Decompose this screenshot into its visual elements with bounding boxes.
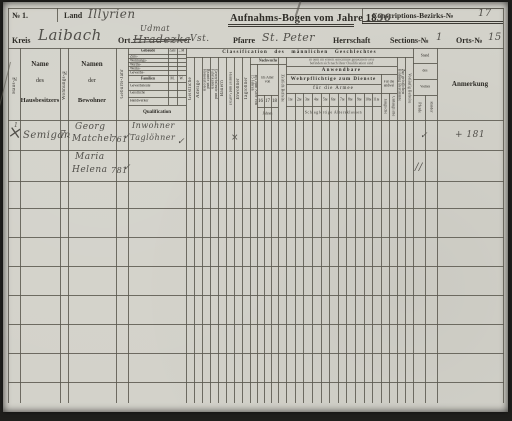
row1-person-firstname: Georg <box>75 122 106 132</box>
landwehr-title: Für die Landwehr <box>384 78 394 90</box>
im-alter-von-cell: Im Alter von <box>261 70 274 89</box>
rule <box>234 57 235 403</box>
rule <box>437 48 438 403</box>
owner-col-title-1: Name <box>20 58 60 70</box>
rule <box>278 57 279 403</box>
rule <box>8 324 504 325</box>
form-title-year-handwritten: 30 <box>377 13 392 24</box>
familien-w-label: W. <box>179 76 185 80</box>
col-haus-no-label: Haus-№ <box>12 75 17 94</box>
category-col: Inwohner <box>234 57 242 120</box>
rule <box>364 93 365 403</box>
rule <box>8 48 504 49</box>
rule <box>8 208 504 209</box>
anwendbare-title: Anwendbare <box>286 66 397 74</box>
rule <box>128 90 186 91</box>
vieh-col-rinder: Rinder <box>425 95 437 120</box>
rule <box>8 382 504 383</box>
category-col: Adelige <box>194 57 202 120</box>
category-col: Häusler und Gärtler <box>226 57 234 120</box>
category-label: Adelige <box>196 80 201 98</box>
familien-row-1: Gewerbsleute <box>130 84 150 88</box>
nachwuchs-side-label: Bis zum Alter von 15 Jahren <box>250 75 257 110</box>
rule <box>372 93 373 403</box>
rule <box>355 93 356 403</box>
rule <box>286 74 397 75</box>
rule <box>250 57 251 403</box>
row2-person-firstname: Maria <box>75 152 105 162</box>
vorlaeufig-befreite-col: Vorläufig Befreite <box>405 57 413 120</box>
vieh-col-label: Pferde <box>417 102 421 113</box>
rule <box>8 120 504 121</box>
rule <box>128 48 129 403</box>
rule <box>68 48 69 403</box>
bewohner-col-title-3: Bewohner <box>68 94 116 106</box>
rule <box>242 57 243 403</box>
row1-category-mark: × <box>231 133 239 143</box>
category-label: Geistliche <box>188 77 193 100</box>
sections-label: Sections-№ <box>390 36 429 45</box>
age-class: 2te <box>296 95 301 103</box>
rule <box>186 48 187 403</box>
category-col: Gewerbsleute und Fabrikanten <box>210 57 218 120</box>
owner-col-title-3: Hausbesitzers <box>20 94 60 106</box>
category-label: Beamte und Honoratioren <box>202 69 209 108</box>
kreis-label: Kreis <box>12 36 31 45</box>
ort-suffix: Vst. <box>190 34 210 44</box>
herrschaft-label: Herrschaft <box>333 36 370 45</box>
rule <box>405 57 406 403</box>
familien-m-label: M. <box>170 76 176 80</box>
gebaeude-cm-label: C.M. <box>179 49 185 53</box>
ort-label: Ort <box>118 36 130 45</box>
rule <box>20 48 21 403</box>
owner-col-title-2: des <box>20 76 60 86</box>
vorlaeufig-befreite-label: Vorläufig Befreite <box>407 73 411 103</box>
rule <box>413 79 437 80</box>
rule <box>303 93 304 403</box>
rule <box>425 95 426 403</box>
rule <box>202 57 203 403</box>
gebaeude-box-title: Gebäude <box>136 49 161 53</box>
rule <box>128 54 186 55</box>
category-col: Taglöhner <box>242 57 250 120</box>
rule <box>128 70 186 71</box>
form-title: Aufnahms-Bogen vom Jahre 1830 <box>230 13 392 24</box>
age-class: 3te <box>305 95 310 103</box>
wehrpflichtige-label: Wehrpflichtige zum Dienste <box>286 74 381 84</box>
age-class: 10te <box>365 95 370 103</box>
rule <box>8 181 504 182</box>
category-col: Geistliche <box>186 57 194 120</box>
category-label: Häusler und Gärtler <box>228 72 232 105</box>
pfarre-value-handwritten: St. Peter <box>262 31 315 44</box>
rule <box>218 57 219 403</box>
rule <box>257 95 278 96</box>
age-class: 7te <box>339 95 344 103</box>
zeitlich-befreite-label: Zeitlich Befreite <box>280 75 284 103</box>
row1-qualification-check: ✓ <box>177 137 185 147</box>
age-year-cells: 16 17 18 <box>257 95 278 107</box>
rule <box>8 8 504 9</box>
rule <box>116 48 117 403</box>
fuer-die-armee-label: für die Armee <box>286 84 381 93</box>
pfarre-label: Pfarre <box>233 36 255 45</box>
familien-row-3: Handwerker <box>130 99 148 103</box>
orts-label: Orts-№ <box>456 36 482 45</box>
rule <box>128 66 186 67</box>
row2-slash-marks: // <box>415 162 423 173</box>
age-year: 16 <box>257 95 264 107</box>
kreis-value-handwritten: Laibach <box>38 26 102 44</box>
age-class: 9te <box>357 95 362 103</box>
category-label: Gewerbsleute und Fabrikanten <box>210 69 217 108</box>
land-label: Land <box>64 11 82 20</box>
age-class: 11te <box>374 95 379 103</box>
gebaeude-zahl-label: Zahl <box>170 49 176 53</box>
age-year: 18 <box>271 95 278 107</box>
form-number: № 1. <box>12 11 28 20</box>
row1-anmerkung-note: + 181 <box>455 130 485 140</box>
anwendbare-note: In dem im ersten Abschnitte gedachten Or… <box>307 59 376 65</box>
rule <box>397 57 398 403</box>
landwehr-col-1: Taugliche <box>381 93 389 120</box>
rule <box>286 84 381 85</box>
rule <box>338 93 339 403</box>
rule <box>128 62 186 63</box>
row2-person-surname: Helena <box>72 165 108 175</box>
rule <box>250 64 286 65</box>
vieh-title-1: Stand <box>418 51 433 60</box>
rule <box>295 93 296 403</box>
scanned-census-form: { "doc": { "no": "№ 1.", "land_label": "… <box>0 0 512 421</box>
rule <box>312 93 313 403</box>
rule <box>389 93 390 403</box>
rule <box>210 57 211 403</box>
rule <box>264 95 265 403</box>
landwehr-col-2: Untaugliche <box>389 93 397 120</box>
rule <box>8 266 504 267</box>
geistliche-bildung-col: Zur geistlichen Bildung Bestimmte <box>397 57 405 120</box>
rule <box>8 237 504 238</box>
bewohner-col-title-1: Namen <box>68 58 116 70</box>
rule <box>413 95 437 96</box>
rule <box>194 57 195 403</box>
sections-value: 1 <box>436 32 443 43</box>
geistliche-bildung-label: Zur geistlichen Bildung Bestimmte <box>397 69 404 108</box>
row1-qualification-2: Taglöhner <box>130 133 175 142</box>
rule <box>128 82 186 83</box>
rule <box>346 93 347 403</box>
vieh-title-3: Viehes <box>418 82 433 92</box>
category-label: Inwohner <box>236 78 241 100</box>
category-label: Bauern <box>220 80 225 96</box>
rule <box>128 58 186 59</box>
rule <box>329 93 330 403</box>
rule <box>226 57 227 403</box>
familien-title: Familien <box>136 76 161 80</box>
rule <box>8 8 9 403</box>
rule <box>186 57 414 58</box>
form-title-printed: Aufnahms-Bogen vom Jahre 18 <box>230 13 377 24</box>
rule <box>286 57 287 403</box>
rule <box>413 63 437 64</box>
age-class: 8te <box>348 95 353 103</box>
vieh-col-pferde: Pferde <box>413 95 425 120</box>
col-geburtsjahr-label: Geburts-Jahr <box>120 69 125 98</box>
nachwuchs-side-col: Bis zum Alter von 15 Jahren <box>250 64 257 120</box>
age-class: 1te <box>288 95 293 103</box>
rule <box>286 93 397 94</box>
rule <box>128 105 186 106</box>
row1-qualification-1: Inwohner <box>132 121 175 130</box>
rule <box>8 150 504 151</box>
rule <box>286 66 397 67</box>
zeitlich-befreite-col: Zeitlich Befreite <box>278 57 286 120</box>
rule <box>257 107 278 108</box>
ort-value-above: Udmat <box>140 24 170 33</box>
rule <box>128 75 186 76</box>
category-col: Beamte und Honoratioren <box>202 57 210 120</box>
rule <box>413 48 414 403</box>
col-geburtsjahr-header: Geburts-Jahr <box>116 48 128 120</box>
category-col: Bauern <box>218 57 226 120</box>
rule <box>57 8 58 22</box>
rule <box>286 106 381 107</box>
classification-title: Classification des männlichen Geschlecht… <box>186 48 413 57</box>
age-year: 17 <box>264 95 271 107</box>
rule <box>271 95 272 403</box>
age-class-cells: 1te 2te 3te 4te 5te 6te 7te 8te 9te 10te… <box>286 93 381 106</box>
land-value-handwritten: Illyrien <box>88 7 136 21</box>
qualification-label: Qualification <box>128 105 186 120</box>
vieh-title-2: des <box>418 66 433 76</box>
age-class: 4te <box>314 95 319 103</box>
bewohner-col-title-2: der <box>68 76 116 86</box>
col-haus-no-header: Haus-№ <box>8 48 20 120</box>
age-class: 6te <box>331 95 336 103</box>
rule <box>8 353 504 354</box>
familien-row-2: Geistliche <box>130 91 145 95</box>
age-class: 5te <box>322 95 327 103</box>
landwehr-label: Taugliche <box>383 98 387 114</box>
row1-person-surname: Matchel <box>72 134 113 144</box>
category-label: Taglöhner <box>244 77 249 100</box>
rule <box>503 8 504 403</box>
col-wohnungs-no-header: Wohnungs-№ <box>60 48 68 120</box>
nachwuchs-title: Nachwuchs <box>257 58 279 62</box>
col-wohnungs-no-label: Wohnungs-№ <box>62 69 67 100</box>
vieh-col-label: Rinder <box>429 102 433 113</box>
conscription-district-value: 17 <box>478 8 492 19</box>
anmerkung-header: Anmerkung <box>437 48 503 120</box>
orts-value: 15 <box>488 32 502 43</box>
jahren-label: Jahren <box>261 109 274 117</box>
rule <box>128 97 186 98</box>
title-underline <box>228 24 354 27</box>
landwehr-label: Untaugliche <box>391 96 395 116</box>
rule <box>321 93 322 403</box>
rule <box>8 295 504 296</box>
rule <box>60 48 61 403</box>
